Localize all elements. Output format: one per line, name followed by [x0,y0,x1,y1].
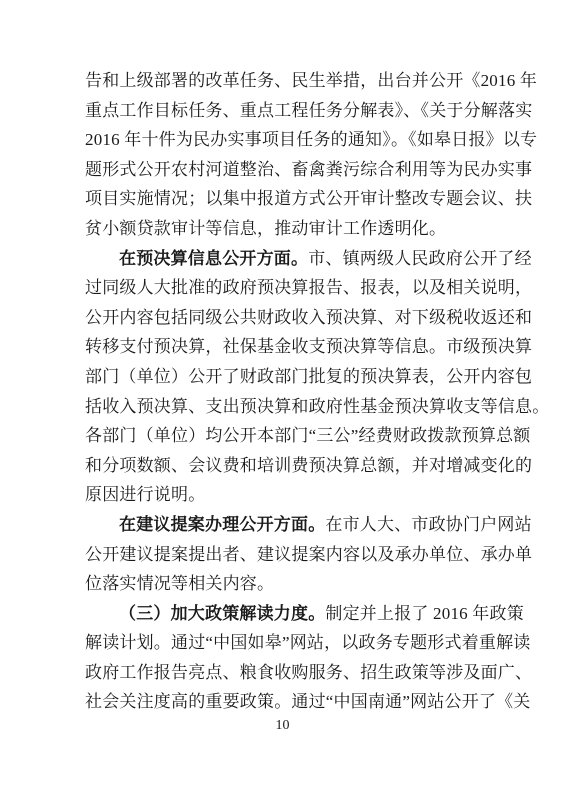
paragraph-line: 公开建议提案提出者、建议提案内容以及承办单位、承办单 [85,540,479,570]
paragraph-line: 2016 年十件为民办实事项目任务的通知》。《如皋日报》以专 [85,125,479,155]
document-page: 告和上级部署的改革任务、民生举措，出台并公开《2016 年 重点工作目标任务、重… [0,0,565,800]
page-number: 10 [0,716,565,736]
paragraph-line: 告和上级部署的改革任务、民生举措，出台并公开《2016 年 [85,66,479,96]
paragraph-line: 项目实施情况；以集中报道方式公开审计整改专题会议、扶 [85,184,479,214]
body-text: 告和上级部署的改革任务、民生举措，出台并公开《2016 年 重点工作目标任务、重… [85,66,479,717]
paragraph-line: 和分项数额、会议费和培训费预决算总额，并对增减变化的 [85,451,479,481]
paragraph-line: 政府工作报告亮点、粮食收购服务、招生政策等涉及面广、 [85,658,479,688]
paragraph-line: （三）加大政策解读力度。制定并上报了 2016 年政策 [85,599,479,629]
section-heading: （三）加大政策解读力度。 [119,604,325,623]
paragraph-line: 过同级人大批准的政府预决算报告、报表，以及相关说明， [85,273,479,303]
section-heading: 在预决算信息公开方面。 [119,249,308,268]
paragraph-line: 部门（单位）公开了财政部门批复的预决算表，公开内容包 [85,362,479,392]
paragraph-line: 括收入预决算、支出预决算和政府性基金预决算收支等信息。 [85,392,479,422]
line-text: 在市人大、市政协门户网站 [325,515,531,534]
paragraph-line: 位落实情况等相关内容。 [85,569,479,599]
section-heading: 在建议提案办理公开方面。 [119,515,325,534]
paragraph-line: 转移支付预决算，社保基金收支预决算等信息。市级预决算 [85,332,479,362]
paragraph-line: 重点工作目标任务、重点工程任务分解表》、《关于分解落实 [85,96,479,126]
paragraph-line: 原因进行说明。 [85,480,479,510]
paragraph-line: 贫小额贷款审计等信息，推动审计工作透明化。 [85,214,479,244]
line-text: 市、镇两级人民政府公开了经 [308,249,532,268]
paragraph-line: 公开内容包括同级公共财政收入预决算、对下级税收返还和 [85,303,479,333]
paragraph-line: 题形式公开农村河道整治、畜禽粪污综合利用等为民办实事 [85,155,479,185]
paragraph-line: 解读计划。通过“中国如皋”网站，以政务专题形式着重解读 [85,628,479,658]
paragraph-line: 社会关注度高的重要政策。通过“中国南通”网站公开了《关 [85,687,479,717]
paragraph-line: 在建议提案办理公开方面。在市人大、市政协门户网站 [85,510,479,540]
paragraph-line: 在预决算信息公开方面。市、镇两级人民政府公开了经 [85,244,479,274]
line-text: 制定并上报了 2016 年政策 [325,604,524,623]
paragraph-line: 各部门（单位）均公开本部门“三公”经费财政拨款预算总额 [85,421,479,451]
